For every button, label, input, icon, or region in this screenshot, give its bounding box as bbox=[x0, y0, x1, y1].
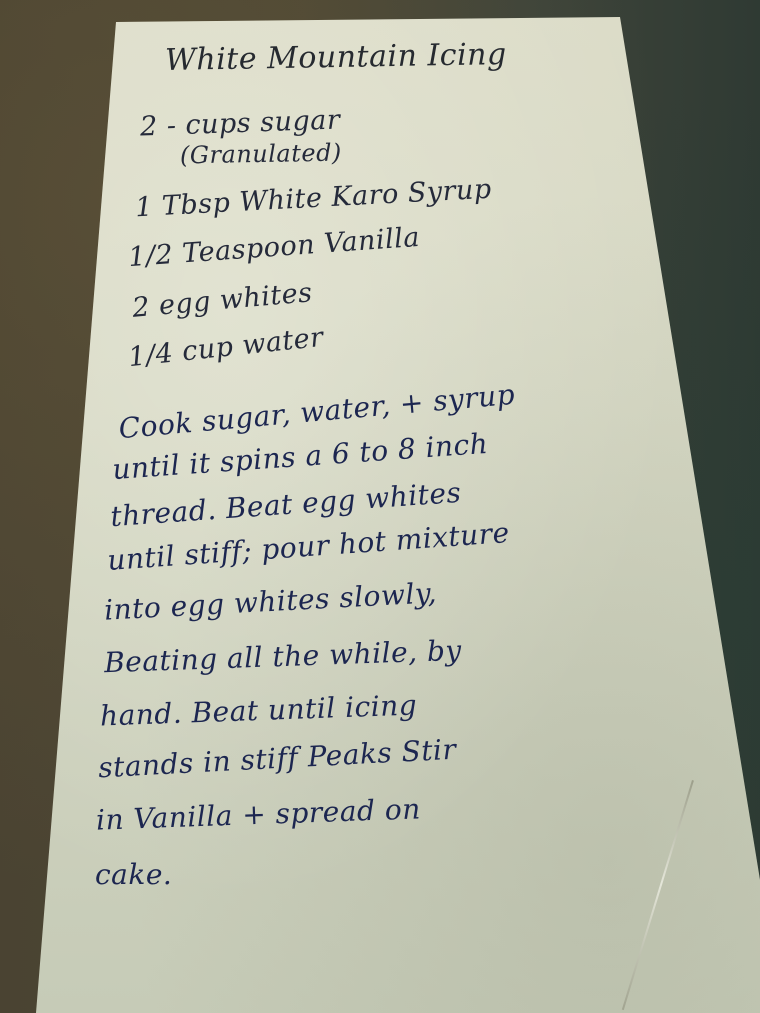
direction-line: cake. bbox=[95, 858, 172, 891]
recipe-title: White Mountain Icing bbox=[165, 37, 507, 78]
ingredient-line: (Granulated) bbox=[180, 139, 342, 170]
